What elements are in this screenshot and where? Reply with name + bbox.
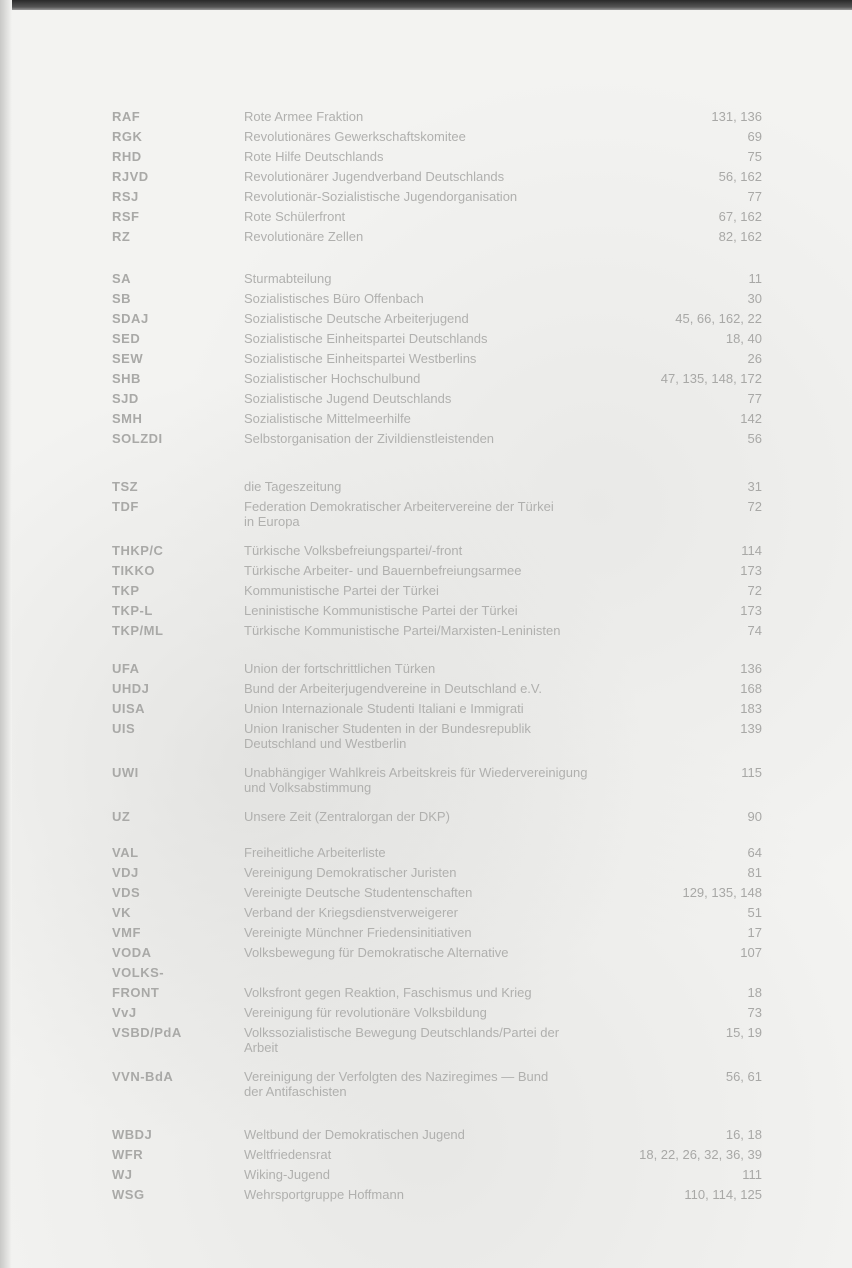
entry-name: Unsere Zeit (Zentralorgan der DKP) <box>244 810 450 824</box>
entry-abbreviation: UIS <box>112 722 135 736</box>
entry-page-numbers: 114 <box>741 544 762 558</box>
entry-name-continuation: in Europa <box>244 515 300 529</box>
entry-abbreviation: WJ <box>112 1168 133 1182</box>
entry-name: Wehrsportgruppe Hoffmann <box>244 1188 404 1202</box>
entry-name: Revolutionärer Jugendverband Deutschland… <box>244 170 504 184</box>
entry-abbreviation: TKP <box>112 584 140 598</box>
entry-page-numbers: 26 <box>748 352 762 366</box>
entry-abbreviation: SB <box>112 292 131 306</box>
entry-page-numbers: 168 <box>740 682 762 696</box>
entry-name: Vereinigung Demokratischer Juristen <box>244 866 456 880</box>
entry-abbreviation: RHD <box>112 150 142 164</box>
entry-abbreviation: TSZ <box>112 480 138 494</box>
entry-name: Volksfront gegen Reaktion, Faschismus un… <box>244 986 532 1000</box>
entry-abbreviation: WSG <box>112 1188 145 1202</box>
entry-name: Türkische Kommunistische Partei/Marxiste… <box>244 624 560 638</box>
entry-name: Sozialistischer Hochschulbund <box>244 372 420 386</box>
entry-name: die Tageszeitung <box>244 480 341 494</box>
entry-abbreviation: SHB <box>112 372 141 386</box>
entry-abbreviation: TKP/ML <box>112 624 163 638</box>
entry-abbreviation: FRONT <box>112 986 159 1000</box>
entry-name: Selbstorganisation der Zivildienstleiste… <box>244 432 494 446</box>
entry-page-numbers: 111 <box>742 1168 762 1182</box>
entry-abbreviation: RJVD <box>112 170 149 184</box>
entry-name: Leninistische Kommunistische Partei der … <box>244 604 518 618</box>
entry-name: Revolutionär-Sozialistische Jugendorgani… <box>244 190 517 204</box>
entry-abbreviation: TDF <box>112 500 139 514</box>
entry-abbreviation: SA <box>112 272 131 286</box>
scan-left-edge <box>0 0 12 1268</box>
entry-abbreviation: VOLKS- <box>112 966 164 980</box>
entry-name: Union der fortschrittlichen Türken <box>244 662 435 676</box>
entry-page-numbers: 47, 135, 148, 172 <box>661 372 762 386</box>
entry-page-numbers: 18, 40 <box>726 332 762 346</box>
entry-page-numbers: 115 <box>741 766 762 780</box>
entry-abbreviation: VAL <box>112 846 139 860</box>
entry-page-numbers: 73 <box>748 1006 762 1020</box>
entry-page-numbers: 142 <box>740 412 762 426</box>
entry-abbreviation: WBDJ <box>112 1128 152 1142</box>
entry-abbreviation: VDJ <box>112 866 139 880</box>
entry-page-numbers: 31 <box>748 480 762 494</box>
entry-page-numbers: 139 <box>740 722 762 736</box>
entry-page-numbers: 72 <box>748 500 762 514</box>
entry-name: Sturmabteilung <box>244 272 331 286</box>
entry-name: Rote Armee Fraktion <box>244 110 363 124</box>
entry-page-numbers: 77 <box>748 190 762 204</box>
entry-name: Vereinigte Deutsche Studentenschaften <box>244 886 472 900</box>
entry-abbreviation: SMH <box>112 412 142 426</box>
entry-page-numbers: 56, 162 <box>719 170 762 184</box>
entry-page-numbers: 82, 162 <box>719 230 762 244</box>
entry-page-numbers: 129, 135, 148 <box>682 886 762 900</box>
entry-name: Sozialistische Jugend Deutschlands <box>244 392 451 406</box>
entry-abbreviation: SDAJ <box>112 312 149 326</box>
entry-name-continuation: und Volksabstimmung <box>244 781 371 795</box>
entry-abbreviation: UHDJ <box>112 682 149 696</box>
entry-name-continuation: Deutschland und Westberlin <box>244 737 406 751</box>
entry-abbreviation: VvJ <box>112 1006 137 1020</box>
entry-page-numbers: 110, 114, 125 <box>684 1188 762 1202</box>
entry-page-numbers: 15, 19 <box>726 1026 762 1040</box>
entry-name: Unabhängiger Wahlkreis Arbeitskreis für … <box>244 766 587 780</box>
entry-abbreviation: RSJ <box>112 190 139 204</box>
entry-name: Weltfriedensrat <box>244 1148 331 1162</box>
entry-page-numbers: 183 <box>740 702 762 716</box>
entry-name-continuation: Arbeit <box>244 1041 278 1055</box>
entry-name: Verband der Kriegsdienstverweigerer <box>244 906 458 920</box>
entry-page-numbers: 51 <box>748 906 762 920</box>
entry-page-numbers: 90 <box>748 810 762 824</box>
entry-page-numbers: 107 <box>740 946 762 960</box>
entry-name: Volksbewegung für Demokratische Alternat… <box>244 946 508 960</box>
entry-name: Vereinigte Münchner Friedensinitiativen <box>244 926 472 940</box>
entry-name: Rote Hilfe Deutschlands <box>244 150 383 164</box>
entry-page-numbers: 18 <box>748 986 762 1000</box>
entry-name: Union Iranischer Studenten in der Bundes… <box>244 722 531 736</box>
entry-page-numbers: 56, 61 <box>726 1070 762 1084</box>
entry-name: Türkische Arbeiter- und Bauernbefreiungs… <box>244 564 521 578</box>
entry-page-numbers: 72 <box>748 584 762 598</box>
entry-page-numbers: 173 <box>740 564 762 578</box>
entry-name: Revolutionäres Gewerkschaftskomitee <box>244 130 466 144</box>
entry-name: Kommunistische Partei der Türkei <box>244 584 439 598</box>
entry-name: Freiheitliche Arbeiterliste <box>244 846 386 860</box>
entry-abbreviation: VVN-BdA <box>112 1070 173 1084</box>
entry-page-numbers: 75 <box>748 150 762 164</box>
entry-abbreviation: RZ <box>112 230 130 244</box>
entry-name-continuation: der Antifaschisten <box>244 1085 347 1099</box>
entry-name: Weltbund der Demokratischen Jugend <box>244 1128 465 1142</box>
entry-abbreviation: SEW <box>112 352 143 366</box>
entry-abbreviation: SED <box>112 332 140 346</box>
entry-page-numbers: 30 <box>748 292 762 306</box>
entry-abbreviation: SOLZDI <box>112 432 163 446</box>
entry-name: Federation Demokratischer Arbeiterverein… <box>244 500 554 514</box>
entry-abbreviation: TKP-L <box>112 604 153 618</box>
entry-abbreviation: TIKKO <box>112 564 155 578</box>
entry-name: Türkische Volksbefreiungspartei/-front <box>244 544 462 558</box>
entry-abbreviation: VSBD/PdA <box>112 1026 182 1040</box>
entry-page-numbers: 173 <box>740 604 762 618</box>
entry-name: Sozialistische Deutsche Arbeiterjugend <box>244 312 469 326</box>
entry-page-numbers: 17 <box>748 926 762 940</box>
entry-name: Vereinigung der Verfolgten des Naziregim… <box>244 1070 548 1084</box>
entry-name: Wiking-Jugend <box>244 1168 330 1182</box>
entry-page-numbers: 45, 66, 162, 22 <box>675 312 762 326</box>
entry-page-numbers: 64 <box>748 846 762 860</box>
entry-page-numbers: 11 <box>749 272 763 286</box>
entry-abbreviation: THKP/C <box>112 544 163 558</box>
entry-abbreviation: SJD <box>112 392 139 406</box>
entry-page-numbers: 16, 18 <box>726 1128 762 1142</box>
entry-name: Union Internazionale Studenti Italiani e… <box>244 702 524 716</box>
entry-name: Sozialistische Mittelmeerhilfe <box>244 412 411 426</box>
entry-name: Sozialistisches Büro Offenbach <box>244 292 424 306</box>
entry-page-numbers: 69 <box>748 130 762 144</box>
entry-page-numbers: 74 <box>748 624 762 638</box>
entry-abbreviation: UZ <box>112 810 130 824</box>
entry-page-numbers: 67, 162 <box>719 210 762 224</box>
entry-abbreviation: VODA <box>112 946 152 960</box>
entry-abbreviation: VDS <box>112 886 140 900</box>
entry-name: Sozialistische Einheitspartei Deutschlan… <box>244 332 488 346</box>
entry-page-numbers: 18, 22, 26, 32, 36, 39 <box>639 1148 762 1162</box>
entry-name: Volkssozialistische Bewegung Deutschland… <box>244 1026 559 1040</box>
scan-top-shadow <box>0 0 852 10</box>
entry-abbreviation: VMF <box>112 926 141 940</box>
entry-abbreviation: UISA <box>112 702 145 716</box>
entry-abbreviation: WFR <box>112 1148 143 1162</box>
entry-page-numbers: 81 <box>748 866 762 880</box>
entry-name: Bund der Arbeiterjugendvereine in Deutsc… <box>244 682 542 696</box>
entry-name: Sozialistische Einheitspartei Westberlin… <box>244 352 476 366</box>
entry-abbreviation: UWI <box>112 766 139 780</box>
entry-page-numbers: 77 <box>748 392 762 406</box>
entry-abbreviation: RGK <box>112 130 142 144</box>
entry-abbreviation: RAF <box>112 110 140 124</box>
entry-name: Revolutionäre Zellen <box>244 230 363 244</box>
entry-page-numbers: 131, 136 <box>711 110 762 124</box>
entry-name: Rote Schülerfront <box>244 210 345 224</box>
entry-name: Vereinigung für revolutionäre Volksbildu… <box>244 1006 487 1020</box>
entry-abbreviation: VK <box>112 906 131 920</box>
entry-abbreviation: RSF <box>112 210 140 224</box>
entry-page-numbers: 56 <box>748 432 762 446</box>
entry-abbreviation: UFA <box>112 662 140 676</box>
entry-page-numbers: 136 <box>740 662 762 676</box>
